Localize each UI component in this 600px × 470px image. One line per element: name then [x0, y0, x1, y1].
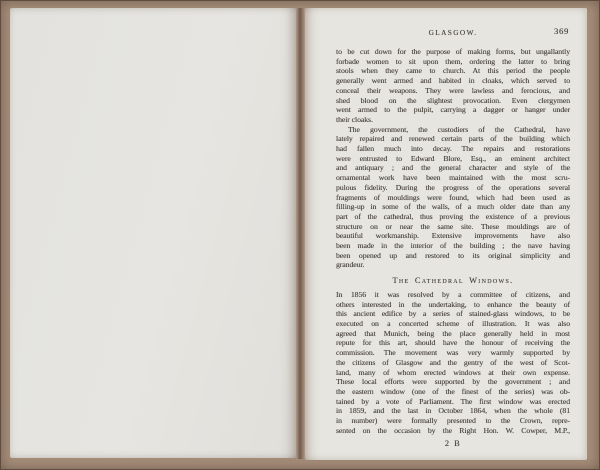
text-line: been opened up and restored to its origi… [336, 251, 570, 261]
text-line: been made in the interior of the buildin… [336, 241, 570, 251]
text-line: stools when they came to church. At this… [336, 66, 570, 76]
running-header: GLASGOW. 369 [336, 28, 570, 38]
text-line: fragments of mouldings were found, which… [336, 193, 570, 203]
text-line: and antiquary ; and the general characte… [336, 163, 570, 173]
text-line: others interested in the undertaking, to… [336, 300, 570, 310]
section-heading: The Cathedral Windows. [336, 276, 570, 286]
text-line: These local efforts were supported by th… [336, 377, 570, 387]
text-page-right: GLASGOW. 369 to be cut down for the purp… [305, 8, 587, 460]
text-line: generally went armed and habited in cloa… [336, 76, 570, 86]
text-line: forbade women to sit upon them, ordering… [336, 57, 570, 67]
text-line: were entrusted to Edward Blore, Esq., an… [336, 154, 570, 164]
blank-left-page [10, 8, 296, 458]
text-line: land, many of whom erected windows at th… [336, 368, 570, 378]
text-line: agreed that Munich, being the place gene… [336, 329, 570, 339]
text-line: had fallen much into decay. The repairs … [336, 144, 570, 154]
text-line: this ancient edifice by a series of stai… [336, 309, 570, 319]
paragraph-1: to be cut down for the purpose of making… [336, 47, 570, 125]
text-line: In 1856 it was resolved by a committee o… [336, 290, 570, 300]
text-line: the eastern window (one of the finest of… [336, 387, 570, 397]
text-line: commission. The movement was very warmly… [336, 348, 570, 358]
text-line: filling-up in some of the walls, of a mu… [336, 202, 570, 212]
page-content: GLASGOW. 369 to be cut down for the purp… [336, 28, 570, 449]
page-body: to be cut down for the purpose of making… [336, 47, 570, 449]
text-line: conceal their weapons. They were lawless… [336, 86, 570, 96]
book-scan: GLASGOW. 369 to be cut down for the purp… [0, 0, 600, 470]
text-line: in number) were formally presented to th… [336, 416, 570, 426]
book-gutter [296, 8, 305, 459]
text-line: grandeur. [336, 260, 570, 270]
text-line: repute for this art, should have the hon… [336, 338, 570, 348]
text-line: their cloaks. [336, 115, 570, 125]
text-line: sented on the occasion by the Right Hon.… [336, 426, 570, 436]
text-line: part of the cathedral, thus proving the … [336, 212, 570, 222]
text-line: in 1859, and the last in October 1864, w… [336, 406, 570, 416]
text-line: beautiful workmanship. Extensive improve… [336, 231, 570, 241]
text-line: executed on a concerted scheme of illust… [336, 319, 570, 329]
text-line: ornamental work have been maintained wit… [336, 173, 570, 183]
text-line: the citizens of Glasgow and the gentry o… [336, 358, 570, 368]
running-title: GLASGOW. [429, 28, 478, 37]
text-line: pulous fidelity. During the progress of … [336, 183, 570, 193]
page-number: 369 [554, 26, 569, 36]
paragraph-2: The government, the custodiers of the Ca… [336, 125, 570, 271]
text-line: to be cut down for the purpose of making… [336, 47, 570, 57]
paragraph-3: In 1856 it was resolved by a committee o… [336, 290, 570, 436]
signature-mark: 2 B [336, 439, 570, 449]
text-line: lately repaired and renewed certain part… [336, 134, 570, 144]
text-line: went armed to the pulpit, carrying a dag… [336, 105, 570, 115]
text-line: The government, the custodiers of the Ca… [336, 125, 570, 135]
text-line: tained by a vote of Parliament. The firs… [336, 397, 570, 407]
text-line: shed blood on the slightest provocation.… [336, 96, 570, 106]
text-line: structure on or near the same site. Thes… [336, 222, 570, 232]
